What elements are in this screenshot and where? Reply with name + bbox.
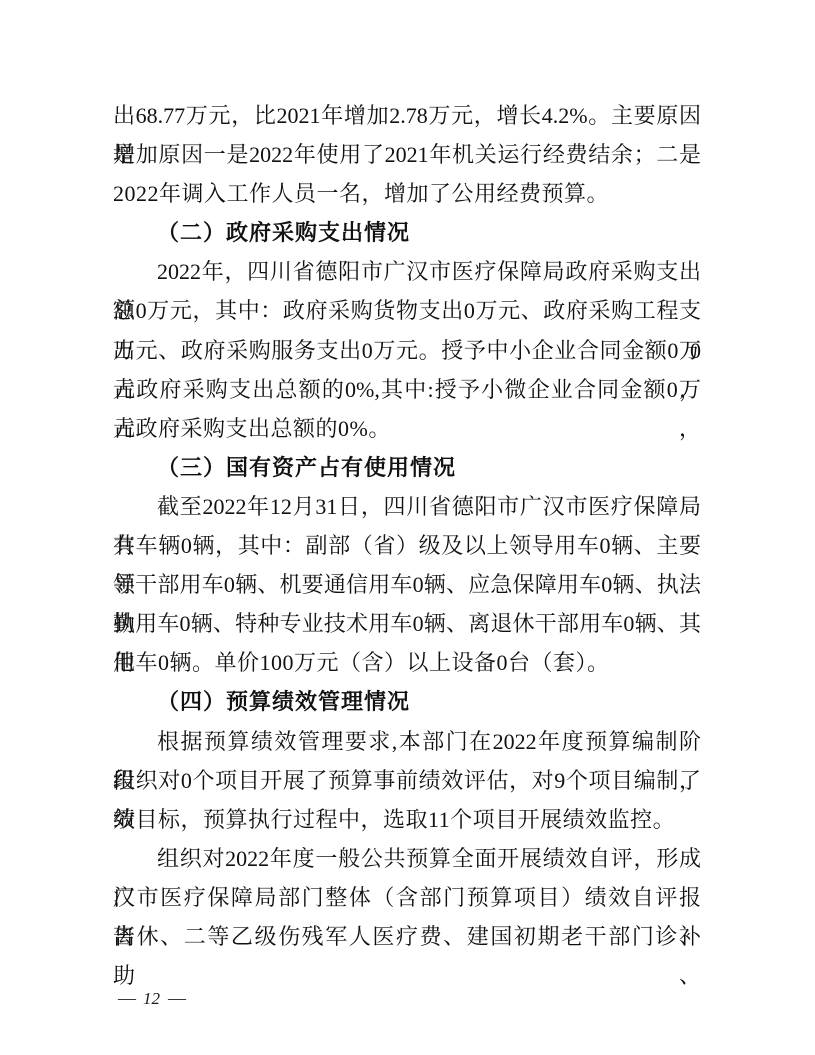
text-line: 增加原因一是2022年使用了2021年机关运行经费结余；二是 xyxy=(113,135,701,174)
page-number: 12 xyxy=(143,989,160,1009)
text-line: 截至2022年12月31日，四川省德阳市广汉市医疗保障局共 xyxy=(113,487,701,526)
text-line: 出68.77万元，比2021年增加2.78万元，增长4.2%。主要原因是 xyxy=(113,96,701,135)
section-heading-4: （四）预算绩效管理情况 xyxy=(113,682,701,721)
document-body: 出68.77万元，比2021年增加2.78万元，增长4.2%。主要原因是 增加原… xyxy=(113,96,701,956)
text-line: 2022年调入工作人员一名，增加了公用经费预算。 xyxy=(113,174,701,213)
section-heading-3: （三）国有资产占有使用情况 xyxy=(113,448,701,487)
text-line: 勤用车0辆、特种专业技术用车0辆、离退休干部用车0辆、其他 xyxy=(113,604,701,643)
text-line: 2022年，四川省德阳市广汉市医疗保障局政府采购支出总 xyxy=(113,252,701,291)
text-line: 额0万元，其中：政府采购货物支出0万元、政府采购工程支出0 xyxy=(113,291,701,330)
section-heading-2: （二）政府采购支出情况 xyxy=(113,213,701,252)
text-line: 组织对0个项目开展了预算事前绩效评估，对9个项目编制了绩 xyxy=(113,761,701,800)
text-line: 有车辆0辆，其中：副部（省）级及以上领导用车0辆、主要领 xyxy=(113,526,701,565)
text-line: 用车0辆。单价100万元（含）以上设备0台（套）。 xyxy=(113,643,701,682)
text-line: 汉市医疗保障局部门整体（含部门预算项目）绩效自评报告、 xyxy=(113,878,701,917)
text-line: 离休、二等乙级伤残军人医疗费、建国初期老干部门诊补助、 xyxy=(113,917,701,956)
text-line: 万元、政府采购服务支出0万元。授予中小企业合同金额0万元， xyxy=(113,331,701,370)
footer-left-dash: — xyxy=(118,988,135,1009)
footer-right-dash: — xyxy=(168,988,185,1009)
text-line: 效目标，预算执行过程中，选取11个项目开展绩效监控。 xyxy=(113,800,701,839)
text-line: 组织对2022年度一般公共预算全面开展绩效自评，形成广 xyxy=(113,839,701,878)
document-page: 出68.77万元，比2021年增加2.78万元，增长4.2%。主要原因是 增加原… xyxy=(0,0,815,1055)
text-line: 导干部用车0辆、机要通信用车0辆、应急保障用车0辆、执法执 xyxy=(113,565,701,604)
text-line: 根据预算绩效管理要求,本部门在2022年度预算编制阶段， xyxy=(113,722,701,761)
text-line: 占政府采购支出总额的0%,其中:授予小微企业合同金额0万元， xyxy=(113,370,701,409)
page-footer: — 12 — xyxy=(118,988,185,1009)
